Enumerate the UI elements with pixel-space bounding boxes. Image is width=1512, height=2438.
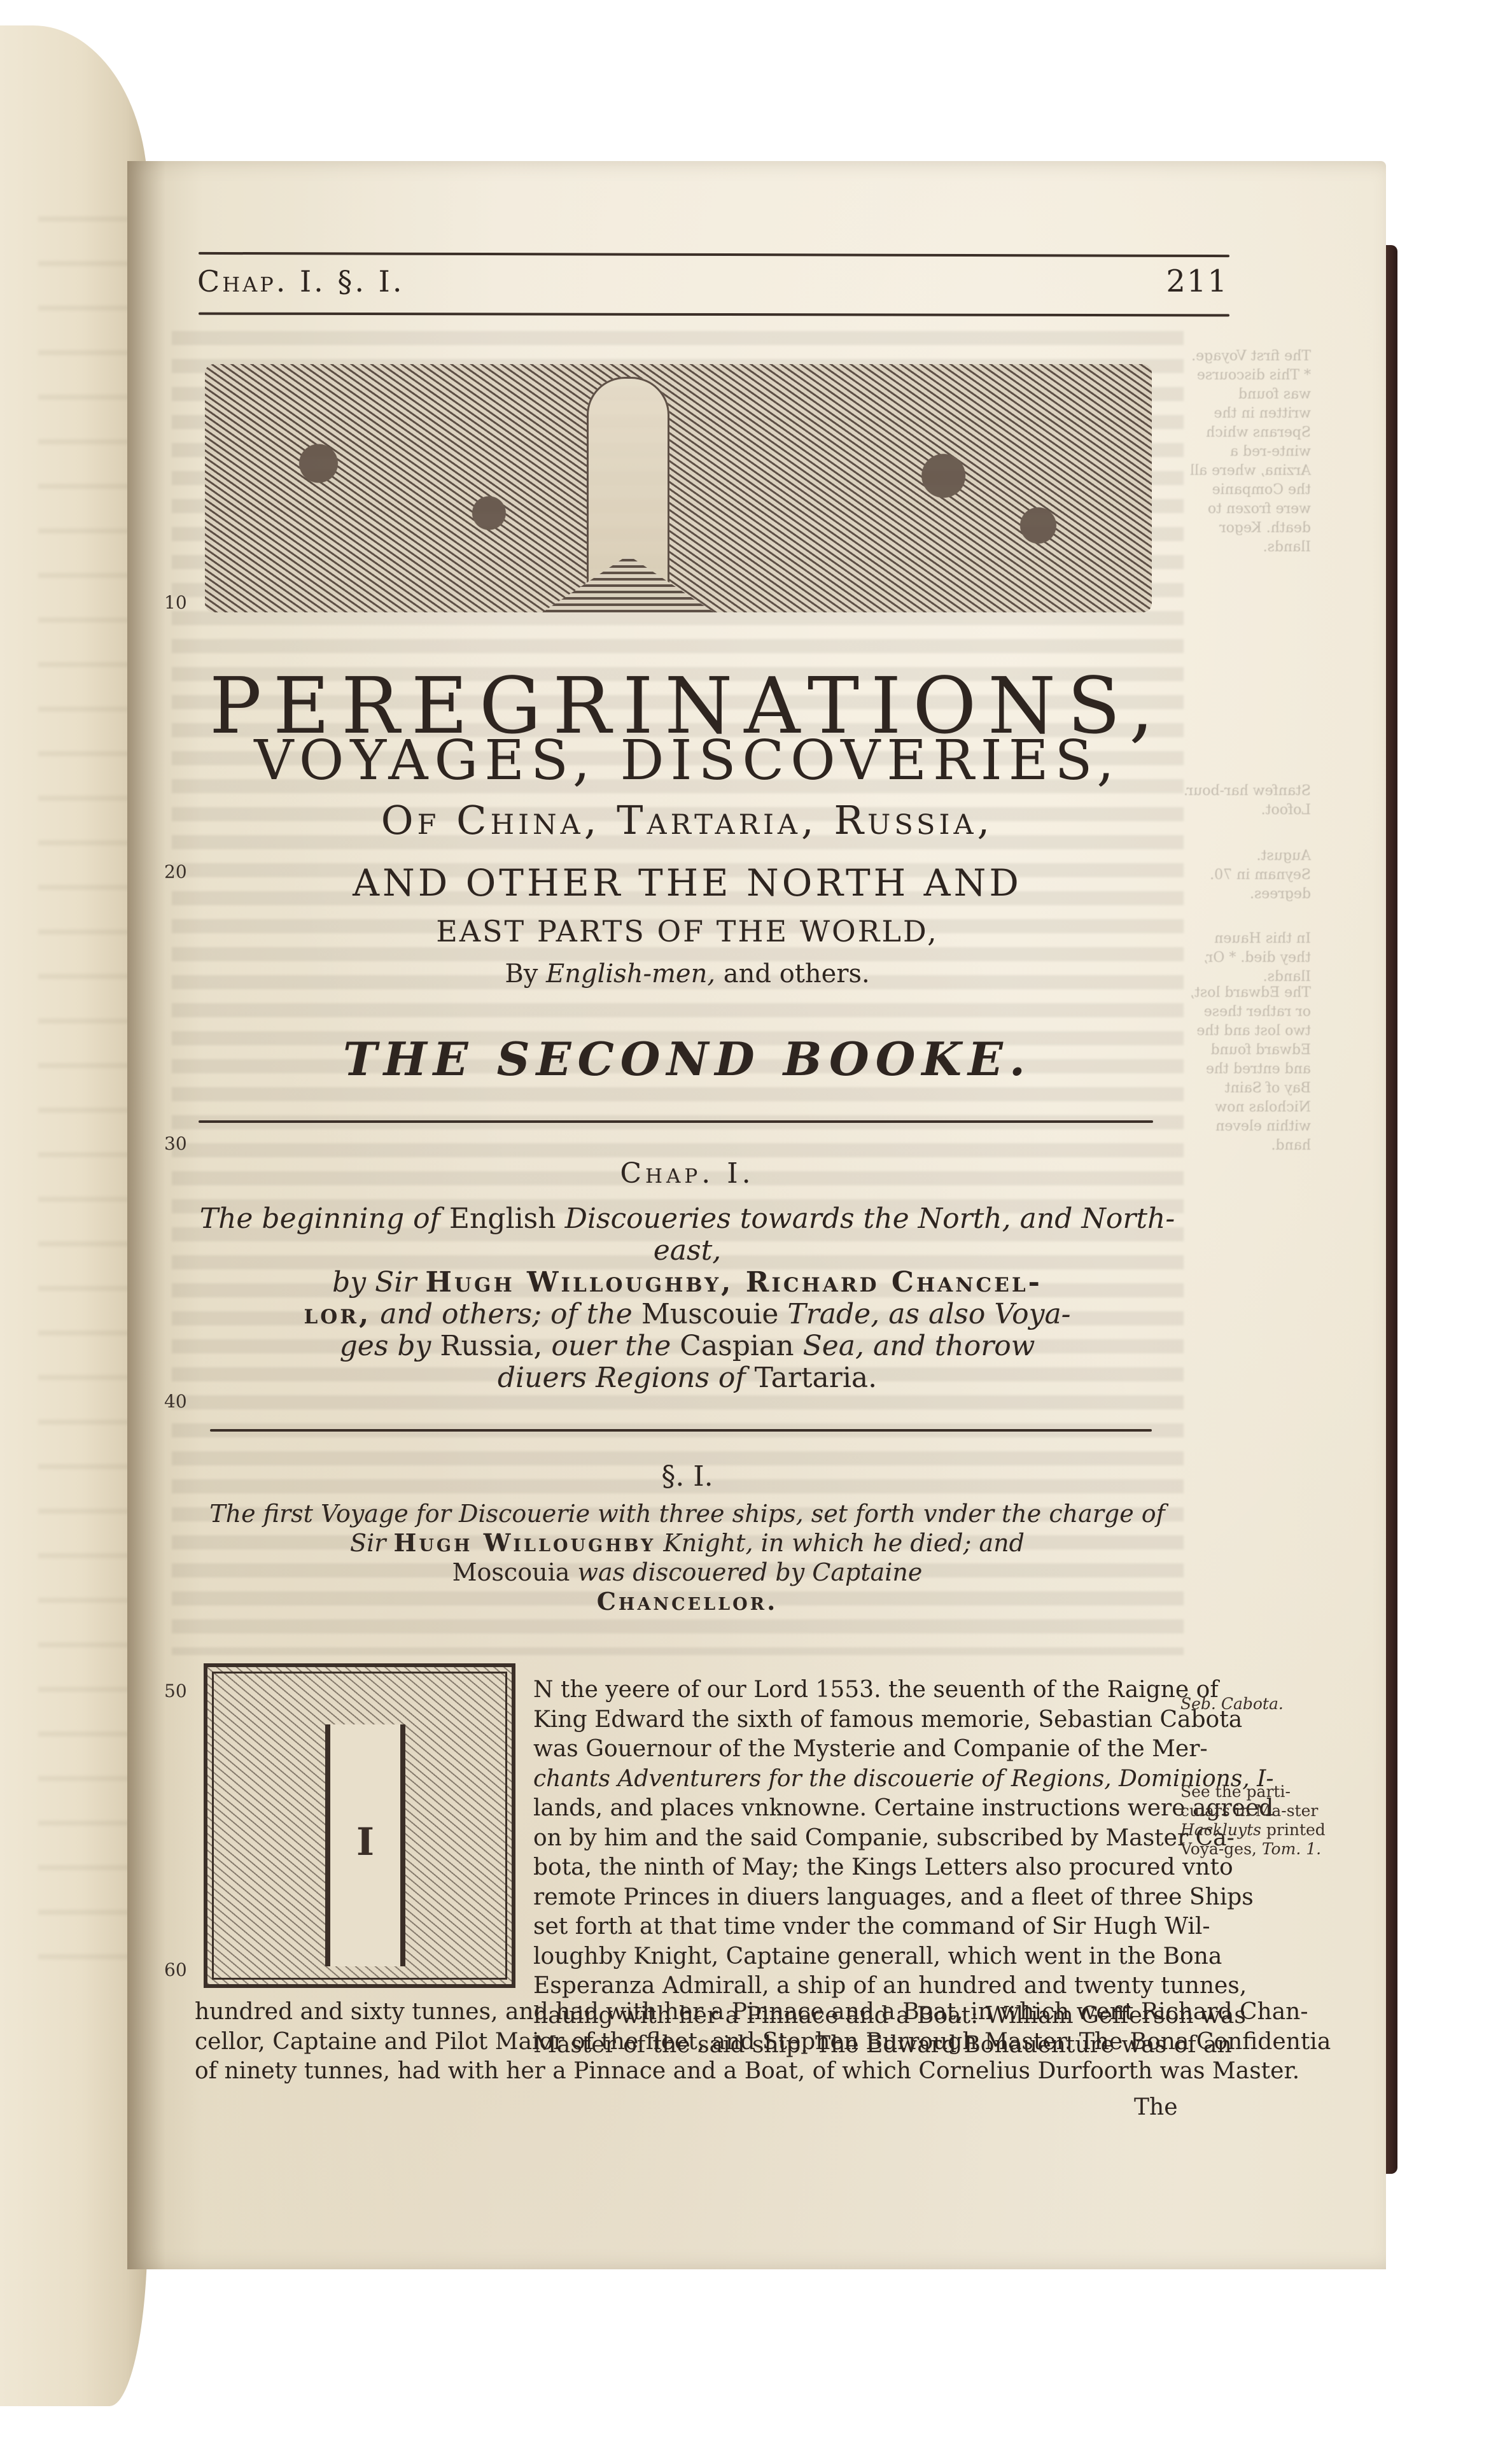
chap-desc-names: lor, xyxy=(304,1298,371,1330)
left-page-curl xyxy=(0,25,148,2406)
running-head-chapter: Chap. I. §. I. xyxy=(197,264,404,299)
section-heading: §. I. xyxy=(191,1463,1184,1491)
chap-desc-names: Hugh Willoughby, Richard Chancel- xyxy=(425,1266,1042,1299)
line-number-20: 20 xyxy=(164,861,187,882)
line-number-10: 10 xyxy=(164,592,187,613)
title-line-6: By English-men, and others. xyxy=(191,961,1184,987)
initial-letter-frame: I xyxy=(325,1724,405,1966)
chapter-rule xyxy=(199,1120,1153,1123)
side-note-text: Hackluyts xyxy=(1180,1821,1261,1839)
side-note-text: See the parti-culars in Ma-ster xyxy=(1180,1782,1318,1820)
chap-desc-text: Trade, as also Voya- xyxy=(787,1298,1070,1330)
sect-desc-text: Moscouia xyxy=(452,1558,570,1586)
show-through-note: Stanfew har-bour. Lofoot. xyxy=(1184,782,1311,820)
show-through-note: The first Voyage. * This discourse was f… xyxy=(1184,347,1311,557)
chap-desc-text: and others; of the xyxy=(380,1298,633,1330)
show-through-note: In this Hauen they died. * Or, Ilands. xyxy=(1184,929,1311,987)
chap-desc-text: Russia, xyxy=(440,1330,542,1362)
chap-desc-text: Caspian xyxy=(680,1330,794,1362)
page-number: 211 xyxy=(1166,264,1228,299)
line-number-50: 50 xyxy=(164,1681,187,1702)
line-number-60: 60 xyxy=(164,1959,187,1980)
headpiece-mound xyxy=(542,555,714,612)
body-line: loughby Knight, Captaine generall, which… xyxy=(533,1942,1163,1972)
chapter-heading: Chap. I. xyxy=(191,1160,1184,1188)
sect-desc-text: Sir xyxy=(350,1529,386,1557)
sect-desc-line-1: The first Voyage for Discouerie with thr… xyxy=(191,1499,1184,1528)
body-line: was Gouernour of the Mysterie and Compan… xyxy=(533,1735,1163,1765)
chap-desc-text: The beginning of xyxy=(200,1202,440,1235)
woodcut-headpiece xyxy=(205,364,1152,612)
title-and-others: and others. xyxy=(724,959,870,989)
body-line: remote Princes in diuers languages, and … xyxy=(533,1883,1163,1913)
title-by: By xyxy=(505,959,538,989)
sect-desc-text: was discouered by Captaine xyxy=(577,1558,922,1586)
chap-desc-text: ouer the xyxy=(551,1330,671,1362)
chap-desc-text: Discoueries towards the North, and North… xyxy=(565,1202,1175,1267)
show-through-note: August. xyxy=(1184,847,1311,866)
sect-desc-text: Knight, in which he died; and xyxy=(663,1529,1025,1557)
body-line: set forth at that time vnder the command… xyxy=(533,1912,1163,1942)
initial-letter: I xyxy=(330,1820,400,1864)
book-title: THE SECOND BOOKE. xyxy=(191,1036,1184,1082)
body-line: cellor, Captaine and Pilot Maior of the … xyxy=(195,2027,1163,2057)
line-number-30: 30 xyxy=(164,1133,187,1154)
woodcut-initial: I xyxy=(204,1663,515,1988)
body-line: chants Adventurers for the discouerie of… xyxy=(533,1765,1163,1794)
side-note-hackluyt: See the parti-culars in Ma-ster Hackluyt… xyxy=(1180,1782,1327,1859)
show-through-note: Seynam in 70. degrees. xyxy=(1184,866,1311,904)
chap-desc-text: diuers Regions of xyxy=(498,1362,746,1394)
line-number-40: 40 xyxy=(164,1391,187,1412)
body-line: Esperanza Admirall, a ship of an hundred… xyxy=(533,1971,1163,2001)
title-english-men: English-men, xyxy=(546,959,715,989)
side-note-text: Seb. Cabota. xyxy=(1180,1695,1284,1713)
chap-desc-text: ges by xyxy=(340,1330,431,1362)
left-page-faded-text xyxy=(38,216,134,1999)
chap-desc-text: by Sir xyxy=(332,1266,416,1299)
body-line: of ninety tunnes, had with her a Pinnace… xyxy=(195,2057,1163,2087)
title-line-2: VOYAGES, DISCOVERIES, xyxy=(191,733,1184,788)
body-line: King Edward the sixth of famous memorie,… xyxy=(533,1705,1163,1735)
body-text-wide: hundred and sixty tunnes, and had with h… xyxy=(195,1998,1163,2087)
title-line-5: EAST PARTS OF THE WORLD, xyxy=(191,917,1184,946)
sect-desc-line-4: Chancellor. xyxy=(191,1587,1184,1616)
side-note-cabota: Seb. Cabota. xyxy=(1180,1695,1327,1714)
chap-desc-text: Tartaria. xyxy=(755,1362,877,1394)
chap-desc-text: Muscouie xyxy=(641,1298,779,1330)
title-line-4: AND OTHER THE NORTH AND xyxy=(191,864,1184,901)
body-line: lands, and places vnknowne. Certaine ins… xyxy=(533,1794,1163,1824)
chap-desc-text: Sea, and thorow xyxy=(803,1330,1035,1362)
title-line-3: Of China, Tartaria, Russia, xyxy=(191,801,1184,840)
catchword: The xyxy=(1134,2094,1178,2120)
show-through-note: The Edward lost, or rather these two los… xyxy=(1184,983,1311,1155)
side-note-text: Tom. 1. xyxy=(1262,1840,1321,1858)
body-line: N the yeere of our Lord 1553. the seuent… xyxy=(533,1675,1163,1705)
sect-desc-name: Hugh Willoughby xyxy=(393,1528,655,1557)
running-head: Chap. I. §. I. 211 xyxy=(197,262,1228,300)
gutter-shadow xyxy=(127,161,165,2269)
section-rule xyxy=(210,1429,1152,1432)
body-line: bota, the ninth of May; the Kings Letter… xyxy=(533,1853,1163,1883)
section-description: The first Voyage for Discouerie with thr… xyxy=(191,1499,1184,1616)
chapter-description: The beginning of English Discoueries tow… xyxy=(191,1203,1184,1394)
body-line: on by him and the said Companie, subscri… xyxy=(533,1824,1163,1854)
chap-desc-text: English xyxy=(449,1202,556,1235)
body-line: hundred and sixty tunnes, and had with h… xyxy=(195,1998,1163,2027)
